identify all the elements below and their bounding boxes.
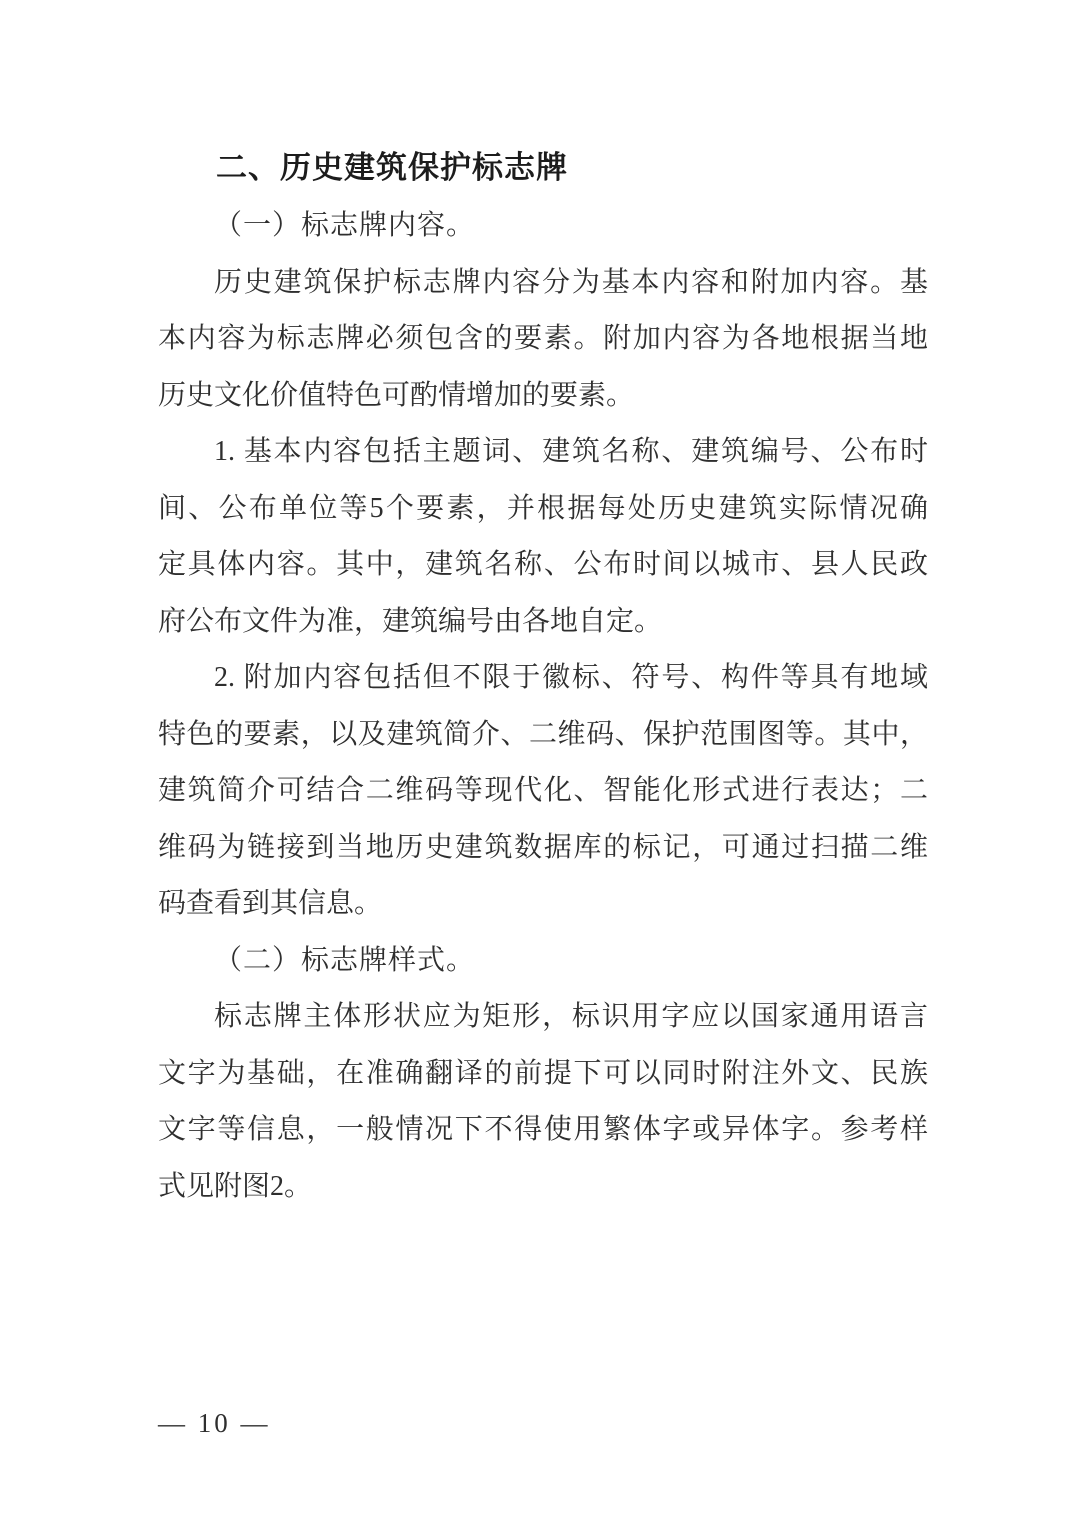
paragraph-line: 历史文化价值特色可酌情增加的要素。 [158,368,928,425]
paragraph-line: 码查看到其信息。 [158,876,928,933]
subheading: （二）标志牌样式。 [158,933,928,990]
paragraph-line: 2. 附加内容包括但不限于徽标、符号、构件等具有地域 [158,650,928,707]
paragraph-line: 标志牌主体形状应为矩形，标识用字应以国家通用语言 [158,989,928,1046]
paragraph-line: 定具体内容。其中，建筑名称、公布时间以城市、县人民政 [158,537,928,594]
paragraph-line: 府公布文件为准，建筑编号由各地自定。 [158,594,928,651]
page-number: — 10 — [158,1408,271,1439]
document-page: 二、历史建筑保护标志牌 （一）标志牌内容。历史建筑保护标志牌内容分为基本内容和附… [0,0,1080,1527]
paragraph-line: 特色的要素，以及建筑简介、二维码、保护范围图等。其中， [158,707,928,764]
paragraph-line: 文字等信息，一般情况下不得使用繁体字或异体字。参考样 [158,1102,928,1159]
section-heading: 二、历史建筑保护标志牌 [158,128,928,198]
paragraph-line: 历史建筑保护标志牌内容分为基本内容和附加内容。基 [158,255,928,312]
paragraph-line: 本内容为标志牌必须包含的要素。附加内容为各地根据当地 [158,311,928,368]
paragraph: 历史建筑保护标志牌内容分为基本内容和附加内容。基本内容为标志牌必须包含的要素。附… [158,255,928,425]
document-content: 二、历史建筑保护标志牌 （一）标志牌内容。历史建筑保护标志牌内容分为基本内容和附… [158,128,928,1215]
paragraph: 标志牌主体形状应为矩形，标识用字应以国家通用语言文字为基础，在准确翻译的前提下可… [158,989,928,1215]
paragraph-line: 维码为链接到当地历史建筑数据库的标记，可通过扫描二维 [158,820,928,877]
paragraph-line: 1. 基本内容包括主题词、建筑名称、建筑编号、公布时 [158,424,928,481]
paragraph-line: 建筑简介可结合二维码等现代化、智能化形式进行表达；二 [158,763,928,820]
subheading: （一）标志牌内容。 [158,198,928,255]
paragraph-line: 间、公布单位等5个要素，并根据每处历史建筑实际情况确 [158,481,928,538]
document-paragraphs: （一）标志牌内容。历史建筑保护标志牌内容分为基本内容和附加内容。基本内容为标志牌… [158,198,928,1215]
paragraph-line: 文字为基础，在准确翻译的前提下可以同时附注外文、民族 [158,1046,928,1103]
paragraph-line: 式见附图2。 [158,1159,928,1216]
paragraph: 2. 附加内容包括但不限于徽标、符号、构件等具有地域特色的要素，以及建筑简介、二… [158,650,928,933]
paragraph: 1. 基本内容包括主题词、建筑名称、建筑编号、公布时间、公布单位等5个要素，并根… [158,424,928,650]
